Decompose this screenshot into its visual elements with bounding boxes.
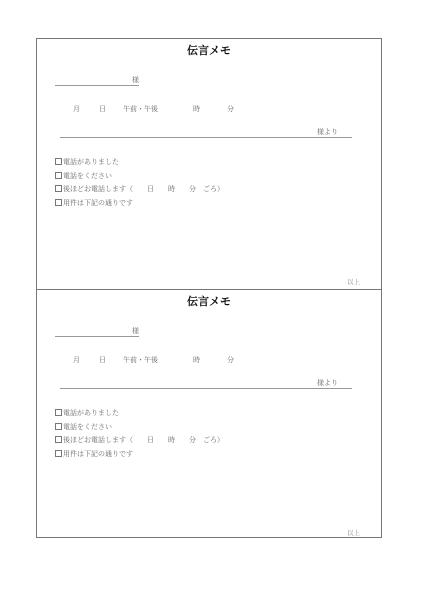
hour-label: 時 bbox=[193, 355, 200, 365]
month-label: 月 bbox=[73, 355, 80, 365]
option-called[interactable]: 電話がありました bbox=[55, 156, 224, 170]
option-call-back[interactable]: 電話をください bbox=[55, 170, 224, 184]
message-memo-1: 伝言メモ 様 月 日 午前・午後 時 分 様より 電話がありました 電話をくださ… bbox=[37, 39, 381, 289]
option-call-back[interactable]: 電話をください bbox=[55, 421, 224, 435]
closing-text: 以上 bbox=[347, 277, 360, 286]
memo-title: 伝言メモ bbox=[37, 42, 381, 58]
checkbox-icon[interactable] bbox=[55, 199, 62, 206]
day-label: 日 bbox=[99, 355, 106, 365]
recipient-suffix: 様 bbox=[132, 75, 139, 85]
checkbox-icon[interactable] bbox=[55, 450, 62, 457]
checkbox-icon[interactable] bbox=[55, 158, 62, 165]
option-will-call[interactable]: 後ほどお電話します（ 日 時 分 ごろ） bbox=[55, 183, 224, 197]
recipient-suffix: 様 bbox=[132, 326, 139, 336]
checkbox-icon[interactable] bbox=[55, 423, 62, 430]
minute-label: 分 bbox=[227, 355, 234, 365]
day-label: 日 bbox=[99, 104, 106, 114]
options-list: 電話がありました 電話をください 後ほどお電話します（ 日 時 分 ごろ） 用件… bbox=[55, 407, 224, 461]
checkbox-icon[interactable] bbox=[55, 409, 62, 416]
memo-sheet: 伝言メモ 様 月 日 午前・午後 時 分 様より 電話がありました 電話をくださ… bbox=[36, 38, 382, 538]
month-label: 月 bbox=[73, 104, 80, 114]
options-list: 電話がありました 電話をください 後ほどお電話します（ 日 時 分 ごろ） 用件… bbox=[55, 156, 224, 210]
checkbox-icon[interactable] bbox=[55, 436, 62, 443]
checkbox-icon[interactable] bbox=[55, 185, 62, 192]
caller-suffix: 様より bbox=[317, 127, 338, 137]
caller-suffix: 様より bbox=[317, 378, 338, 388]
caller-name-line[interactable] bbox=[60, 388, 352, 389]
checkbox-icon[interactable] bbox=[55, 172, 62, 179]
minute-label: 分 bbox=[227, 104, 234, 114]
closing-text: 以上 bbox=[347, 528, 360, 537]
hour-label: 時 bbox=[193, 104, 200, 114]
ampm-label: 午前・午後 bbox=[123, 355, 158, 365]
message-memo-2: 伝言メモ 様 月 日 午前・午後 時 分 様より 電話がありました 電話をくださ… bbox=[37, 289, 381, 540]
option-will-call[interactable]: 後ほどお電話します（ 日 時 分 ごろ） bbox=[55, 434, 224, 448]
caller-name-line[interactable] bbox=[60, 137, 352, 138]
option-message-below[interactable]: 用件は下記の通りです bbox=[55, 197, 224, 211]
option-message-below[interactable]: 用件は下記の通りです bbox=[55, 448, 224, 462]
option-called[interactable]: 電話がありました bbox=[55, 407, 224, 421]
ampm-label: 午前・午後 bbox=[123, 104, 158, 114]
recipient-name-line[interactable] bbox=[55, 85, 139, 86]
recipient-name-line[interactable] bbox=[55, 336, 139, 337]
memo-title: 伝言メモ bbox=[37, 293, 381, 309]
